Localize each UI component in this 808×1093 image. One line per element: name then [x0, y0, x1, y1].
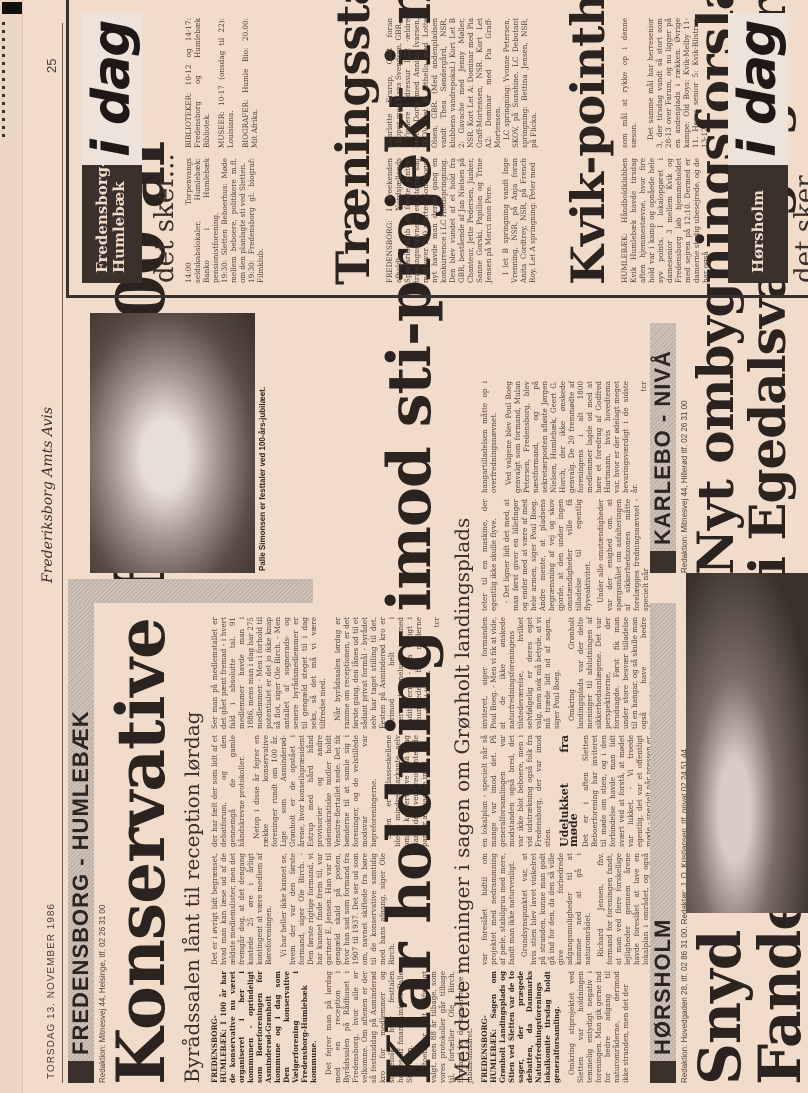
idag-logo: i dag — [728, 13, 788, 165]
section-bar-karlebo: KARLEBO - NIVÅ — [650, 323, 676, 573]
newspaper-name: Frederiksborg Amts Avis — [40, 407, 56, 583]
event-item: MUSEER: 10-17 (onsdag til 22): Louisiana… — [217, 18, 235, 148]
section-title: KARLEBO - NIVÅ — [650, 350, 675, 545]
photo-caption: Palle Simonsen er festtaler ved 100-års-… — [258, 387, 267, 571]
event-item: 14:00 Torpenvangs seldskabslokaler, Huml… — [184, 158, 220, 283]
article-lead: FREDENSBORG-HUMLEBÆK: I 100 år har de ko… — [210, 971, 318, 1083]
event-item: BIBLIOTEKER: 10-12 og 14-17: Fredensborg… — [184, 18, 211, 148]
article-column: Charlotte Krarup, GBR foran Flipper med … — [385, 18, 538, 148]
article-column: var foreslået hidtil om projektet med ne… — [480, 853, 659, 965]
article-paragraph: HUMLEBÆK: Håndboldklubben Kvik Humlebæk … — [620, 158, 710, 283]
article-paragraph: var foreslået hidtil om projektet med ne… — [480, 853, 516, 965]
article-paragraph: Det er i øvrigt lidt begrænset, hvad man… — [210, 853, 273, 965]
det-sker-title: det sker... — [790, 153, 808, 283]
article-paragraph: en lokalplan - specielt når så mange var… — [480, 735, 552, 847]
article-paragraph: der har fælt der som lidt af et debatfor… — [210, 735, 246, 847]
event-list: BIBLIOTEKER: 10-12 og 14-17: Fredensborg… — [184, 18, 259, 148]
byline: tcr — [639, 381, 648, 493]
photo-horsholm — [686, 573, 808, 913]
event-list: 14:00 Torpenvangs seldskabslokaler, Huml… — [184, 158, 265, 283]
masthead-rule — [62, 23, 63, 1083]
article-paragraph: FREDENSBORG: I weekenden afholdt Nordsjæ… — [385, 158, 493, 283]
article-paragraph: Det samme mål har herresenior 3, der tir… — [646, 18, 709, 148]
article-paragraph: Ser man på medlemstallet er det gået pæn… — [210, 617, 327, 729]
article-paragraph: som mål at rykke op i denne sæson. — [620, 18, 638, 148]
article-paragraph: Ved valgene blev Poul Boeg genvalgt som … — [504, 381, 639, 493]
headline-line: Fanden — [750, 885, 808, 1085]
article-column: FREDENSBORG: I weekenden afholdt Nordsjæ… — [385, 158, 537, 283]
idag-place: Hørsholm — [728, 165, 788, 283]
article-paragraph: Omkring Grønholt landingsplads var der d… — [567, 617, 657, 729]
event-item: 19:30: Sletten Beboerhus: Møde mellem be… — [220, 158, 247, 283]
idag-logo: i dag — [82, 13, 142, 165]
subheadline-klar-holdning: Men delte meninger i sagen om Grønholt l… — [450, 518, 474, 1083]
idag-horsholm-box: Hørsholm i dag — [728, 13, 788, 283]
article-paragraph: inviteret, siger formanden Poul Boeg. - … — [480, 617, 561, 729]
article-paragraph: Charlotte Krarup, GBR foran Flipper med … — [385, 18, 403, 148]
article-paragraph: - Det ligner lidt det med, at man først … — [502, 499, 592, 611]
photo-side-bar — [68, 579, 313, 603]
photo-palle-simonsen — [90, 313, 255, 573]
article-paragraph: Grundsynspunktet var, at hvis stien blev… — [520, 853, 592, 965]
issue-date: TORSDAG 13. NOVEMBER 1986 — [46, 903, 57, 1079]
article-column: som mål at rykke op i denne sæson. Det s… — [620, 18, 709, 148]
article-column: hangartilladelsen måtte op i overfrednin… — [480, 381, 648, 493]
newspaper-page: TORSDAG 13. NOVEMBER 1986 Frederiksborg … — [0, 0, 808, 1093]
page-number: 25 — [44, 59, 59, 73]
article-paragraph: Det er i aften Sletten Beboerforening ha… — [581, 735, 653, 847]
section-title: FREDENSBORG - HUMLEBÆK — [68, 710, 93, 1055]
headline-traeningsstaevne: Træningsstævne — [330, 0, 376, 285]
headline-kvik: Kvik-pointhøst — [565, 0, 611, 285]
section-bar-horsholm: HØRSHOLM — [650, 603, 676, 1083]
article-paragraph: I let B springning vandt Inge Vrenning, … — [501, 158, 537, 283]
article-paragraph: hangartilladelsen måtte op i overfrednin… — [480, 381, 498, 493]
det-sker-title: det sker... — [150, 153, 180, 283]
article-paragraph: Vindere i dressur LC2 -ældre heste: Dort… — [403, 18, 502, 148]
section-bar-fredensborg: FREDENSBORG - HUMLEBÆK — [68, 603, 94, 1083]
article-column: inviteret, siger formanden Poul Boeg. - … — [480, 617, 657, 729]
article-paragraph: Netop i disse år fejrer en række konserv… — [252, 735, 378, 847]
article-subhead: Udelukket fra møde — [560, 735, 578, 847]
article-column: HUMLEBÆK: Håndboldklubben Kvik Humlebæk … — [620, 158, 710, 283]
event-item: BIOGRAFER: Humle Bio: 20.00: Mit Afrika. — [241, 18, 259, 148]
article-paragraph: LC springning: Yvonne Petersen, SKOV, på… — [502, 18, 538, 148]
section-title: HØRSHOLM — [650, 919, 675, 1055]
event-item: 19:30: Fredensborg gl. biograf: Filmklub… — [247, 158, 265, 283]
headline-line: Snyd — [690, 885, 750, 1085]
idag-place: Fredensborg-Humlebæk — [82, 165, 142, 283]
article-column: Det er i øvrigt lidt begrænset, hvad man… — [210, 853, 396, 965]
article-column: FREDENSBORG-HUMLEBÆK: Sagen om Grønholt … — [480, 971, 630, 1083]
headline-snyd: Snyd Fanden for — [690, 885, 808, 1085]
subheadline-konservative: Byrådssalen lånt til reception lørdag — [180, 712, 204, 1083]
article-paragraph: Under alle omstændigheder var der enighe… — [596, 499, 650, 611]
idag-fredensborg-box: Fredensborg-Humlebæk i dag — [82, 13, 142, 283]
article-paragraph: teter til en maskine, der egentlig ikke … — [480, 499, 498, 611]
article-paragraph: Omkring stiprojektet ved Sletten var hol… — [567, 971, 630, 1083]
article-column: en lokalplan - specielt når så mange var… — [480, 735, 653, 847]
article-column: teter til en maskine, der egentlig ikke … — [480, 499, 650, 611]
article-lead: FREDENSBORG-HUMLEBÆK: Sagen om Grønholt … — [480, 971, 561, 1083]
